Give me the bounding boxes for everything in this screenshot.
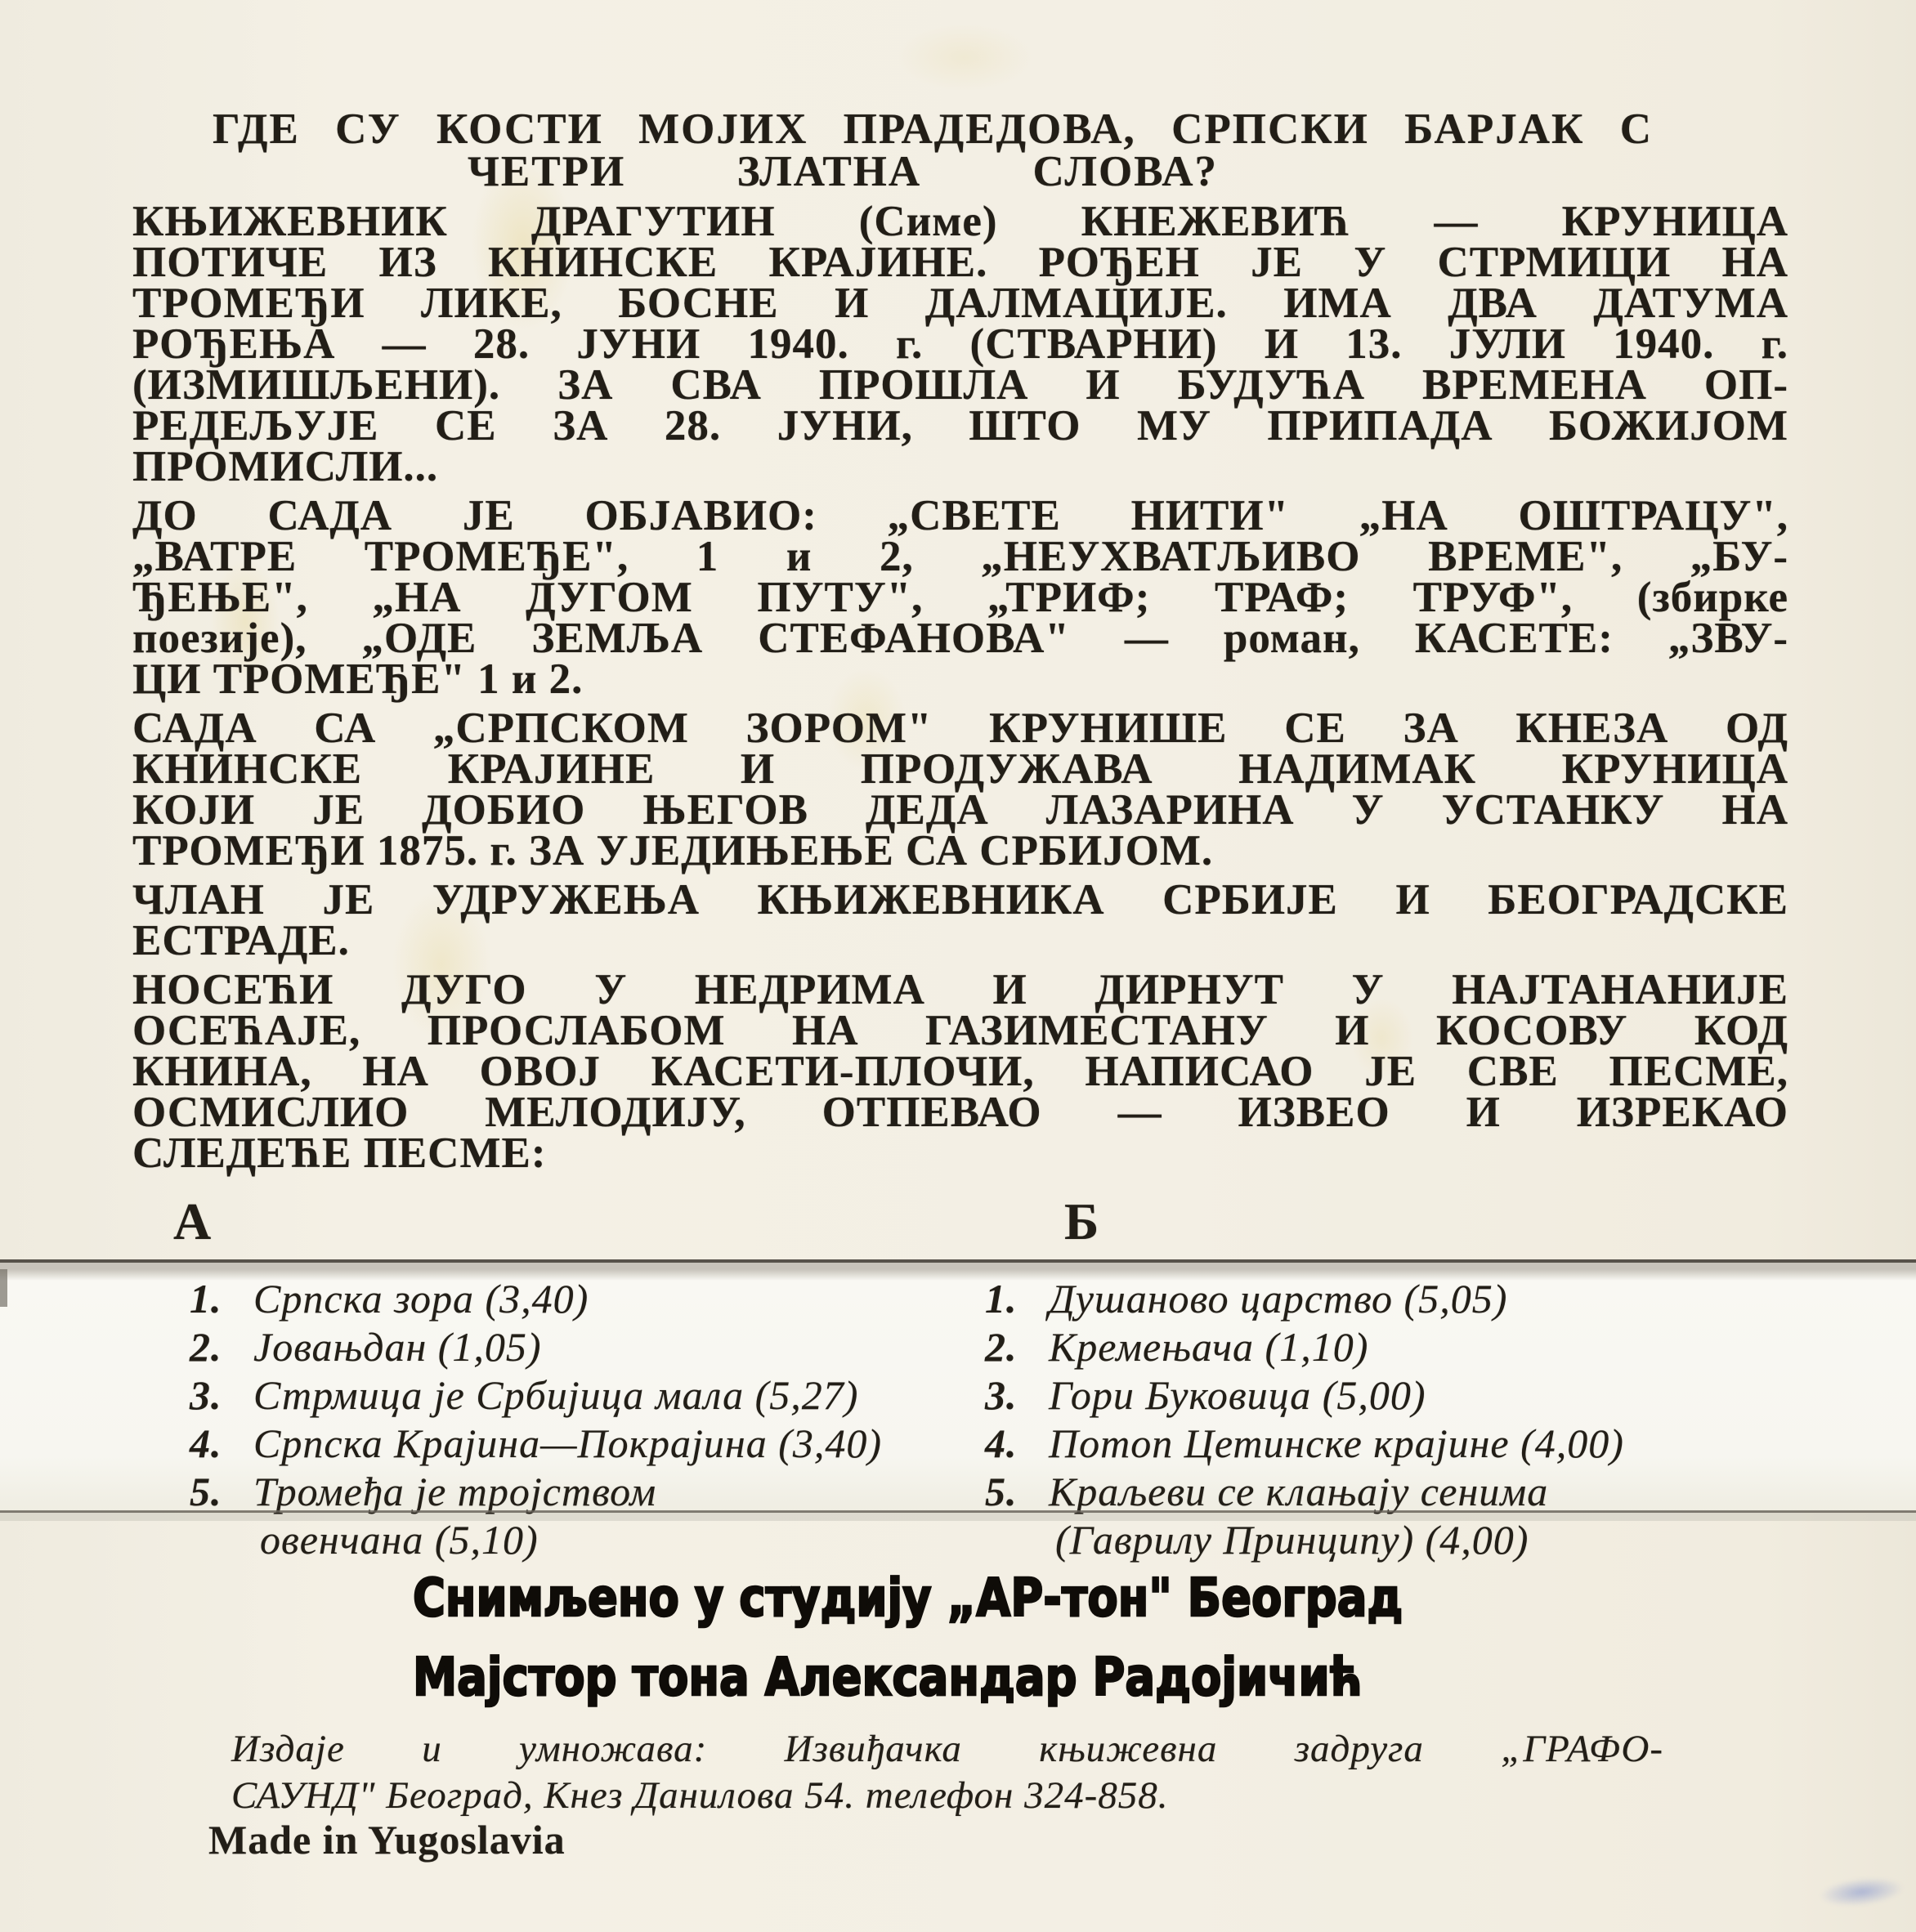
paragraph: НОСЕЋИ ДУГО У НЕДРИМА И ДИРНУТ У НАЈТАНА…: [132, 969, 1788, 1174]
track-title: Гори Буковица (5,00): [1049, 1371, 1426, 1420]
track-title: Потоп Цетинске крајине (4,00): [1049, 1420, 1624, 1468]
track-item: 3. Стрмица је Србијица мала (5,27): [190, 1371, 999, 1420]
text-line: ПОТИЧЕ ИЗ КНИНСКЕ КРАЈИНЕ. РОЂЕН ЈЕ У СТ…: [132, 242, 1788, 283]
side-a-tracklist: 1. Српска зора (3,40) 2. Јовањдан (1,05)…: [190, 1275, 999, 1564]
track-item: 5. Краљеви се клањају сенима: [985, 1468, 1913, 1516]
studio-line: Снимљено у студију „АР-тон" Београд: [413, 1559, 1403, 1639]
strip-edge-line: [0, 1510, 1916, 1513]
track-item: 5. Тромеђа је тројством: [190, 1468, 999, 1516]
publisher-line: САУНД" Београд, Кнез Данилова 54. телефо…: [231, 1773, 1663, 1819]
text-line: ЕСТРАДЕ.: [132, 920, 1788, 961]
track-number: 4.: [190, 1420, 253, 1468]
track-item: 2. Јовањдан (1,05): [190, 1323, 999, 1371]
publisher-line: Издаје и умножава: Извиђачка књижевна за…: [231, 1726, 1663, 1773]
track-item: 1. Српска зора (3,40): [190, 1275, 999, 1323]
text-line: ДО САДА ЈЕ ОБЈАВИО: „СВЕТЕ НИТИ" „НА ОШТ…: [132, 495, 1788, 536]
track-title: Кремењача (1,10): [1049, 1323, 1368, 1371]
side-b-label: Б: [1064, 1192, 1099, 1252]
text-line: КНИНСКЕ КРАЈИНЕ И ПРОДУЖАВА НАДИМАК КРУН…: [132, 749, 1788, 789]
text-line: РОЂЕЊА — 28. ЈУНИ 1940. г. (СТВАРНИ) И 1…: [132, 324, 1788, 364]
text-line: САДА СА „СРПСКОМ ЗОРОМ" КРУНИШЕ СЕ ЗА КН…: [132, 708, 1788, 749]
track-title: Краљеви се клањају сенима: [1049, 1468, 1548, 1516]
track-number: 1.: [985, 1275, 1049, 1323]
text-line: КНИНА, НА ОВОЈ КАСЕТИ-ПЛОЧИ, НАПИСАО ЈЕ …: [132, 1051, 1788, 1092]
track-title-continuation: (Гаврилу Принципу) (4,00): [1055, 1516, 1913, 1564]
side-b-tracklist: 1. Душаново царство (5,05) 2. Кремењача …: [985, 1275, 1913, 1564]
track-item: 4. Српска Крајина—Покрајина (3,40): [190, 1420, 999, 1468]
publisher-info: Издаје и умножава: Извиђачка књижевна за…: [231, 1726, 1663, 1819]
side-a-label: А: [173, 1192, 211, 1252]
biography-text: КЊИЖЕВНИК ДРАГУТИН (Симе) КНЕЖЕВИЋ — КРУ…: [132, 201, 1788, 1182]
track-item: 4. Потоп Цетинске крајине (4,00): [985, 1420, 1913, 1468]
engineer-line: Мајстор тона Александар Радојичић: [413, 1639, 1403, 1718]
track-title-continuation: овенчана (5,10): [260, 1516, 999, 1564]
pen-mark-artifact: [1818, 1874, 1906, 1911]
text-line: ПРОМИСЛИ...: [132, 446, 1788, 487]
text-line: ТРОМЕЂИ ЛИКЕ, БОСНЕ И ДАЛМАЦИЈЕ. ИМА ДВА…: [132, 283, 1788, 324]
track-item: 2. Кремењача (1,10): [985, 1323, 1913, 1371]
text-line: ТРОМЕЂИ 1875. г. ЗА УЈЕДИЊЕЊЕ СА СРБИЈОМ…: [132, 830, 1788, 871]
cassette-insert-scan: ГДЕ СУ КОСТИ МОЈИХ ПРАДЕДОВА, СРПСКИ БАР…: [0, 0, 1916, 1932]
track-item: 1. Душаново царство (5,05): [985, 1275, 1913, 1323]
track-title: Тромеђа је тројством: [253, 1468, 656, 1516]
track-number: 4.: [985, 1420, 1049, 1468]
text-line: ЧЛАН ЈЕ УДРУЖЕЊА КЊИЖЕВНИКА СРБИЈЕ И БЕО…: [132, 879, 1788, 920]
text-line: ОСЕЋАЈЕ, ПРОСЛАБОМ НА ГАЗИМЕСТАНУ И КОСО…: [132, 1010, 1788, 1051]
track-title: Јовањдан (1,05): [253, 1323, 542, 1371]
track-number: 3.: [190, 1371, 253, 1420]
text-line: РЕДЕЉУЈЕ СЕ ЗА 28. ЈУНИ, ШТО МУ ПРИПАДА …: [132, 405, 1788, 446]
text-line: СЛЕДЕЋЕ ПЕСМЕ:: [132, 1133, 1788, 1174]
studio-credits: Снимљено у студију „АР-тон" Београд Мајс…: [413, 1559, 1403, 1718]
headline: ГДЕ СУ КОСТИ МОЈИХ ПРАДЕДОВА, СРПСКИ БАР…: [213, 108, 1653, 193]
paragraph: ЧЛАН ЈЕ УДРУЖЕЊА КЊИЖЕВНИКА СРБИЈЕ И БЕО…: [132, 879, 1788, 961]
track-title: Душаново царство (5,05): [1049, 1275, 1507, 1323]
track-title: Српска зора (3,40): [253, 1275, 589, 1323]
text-line: ЦИ ТРОМЕЂЕ" 1 и 2.: [132, 659, 1788, 700]
track-item: 3. Гори Буковица (5,00): [985, 1371, 1913, 1420]
made-in-label: Made in Yugoslavia: [208, 1816, 566, 1863]
scan-edge-artifact: [0, 1269, 7, 1307]
text-line: (ИЗМИШЉЕНИ). ЗА СВА ПРОШЛА И БУДУЋА ВРЕМ…: [132, 364, 1788, 405]
paragraph: ДО САДА ЈЕ ОБЈАВИО: „СВЕТЕ НИТИ" „НА ОШТ…: [132, 495, 1788, 700]
headline-line: ГДЕ СУ КОСТИ МОЈИХ ПРАДЕДОВА, СРПСКИ БАР…: [213, 108, 1653, 150]
track-number: 3.: [985, 1371, 1049, 1420]
text-line: поезије), „ОДЕ ЗЕМЉА СТЕФАНОВА" — роман,…: [132, 618, 1788, 659]
track-number: 1.: [190, 1275, 253, 1323]
headline-line: ЧЕТРИ ЗЛАТНА СЛОВА?: [468, 150, 1218, 193]
text-line: КОЈИ ЈЕ ДОБИО ЊЕГОВ ДЕДА ЛАЗАРИНА У УСТА…: [132, 789, 1788, 830]
text-line: ОСМИСЛИО МЕЛОДИЈУ, ОТПЕВАО — ИЗВЕО И ИЗР…: [132, 1092, 1788, 1133]
text-line: „ВАТРЕ ТРОМЕЂЕ", 1 и 2, „НЕУХВАТЉИВО ВРЕ…: [132, 536, 1788, 577]
track-title: Стрмица је Србијица мала (5,27): [253, 1371, 858, 1420]
text-line: КЊИЖЕВНИК ДРАГУТИН (Симе) КНЕЖЕВИЋ — КРУ…: [132, 201, 1788, 242]
paragraph: КЊИЖЕВНИК ДРАГУТИН (Симе) КНЕЖЕВИЋ — КРУ…: [132, 201, 1788, 487]
track-number: 2.: [190, 1323, 253, 1371]
track-number: 2.: [985, 1323, 1049, 1371]
track-title: Српска Крајина—Покрајина (3,40): [253, 1420, 882, 1468]
text-line: ЂЕЊЕ", „НА ДУГОМ ПУТУ", „ТРИФ; ТРАФ; ТРУ…: [132, 577, 1788, 618]
text-line: НОСЕЋИ ДУГО У НЕДРИМА И ДИРНУТ У НАЈТАНА…: [132, 969, 1788, 1010]
paragraph: САДА СА „СРПСКОМ ЗОРОМ" КРУНИШЕ СЕ ЗА КН…: [132, 708, 1788, 871]
track-number: 5.: [190, 1468, 253, 1516]
track-number: 5.: [985, 1468, 1049, 1516]
